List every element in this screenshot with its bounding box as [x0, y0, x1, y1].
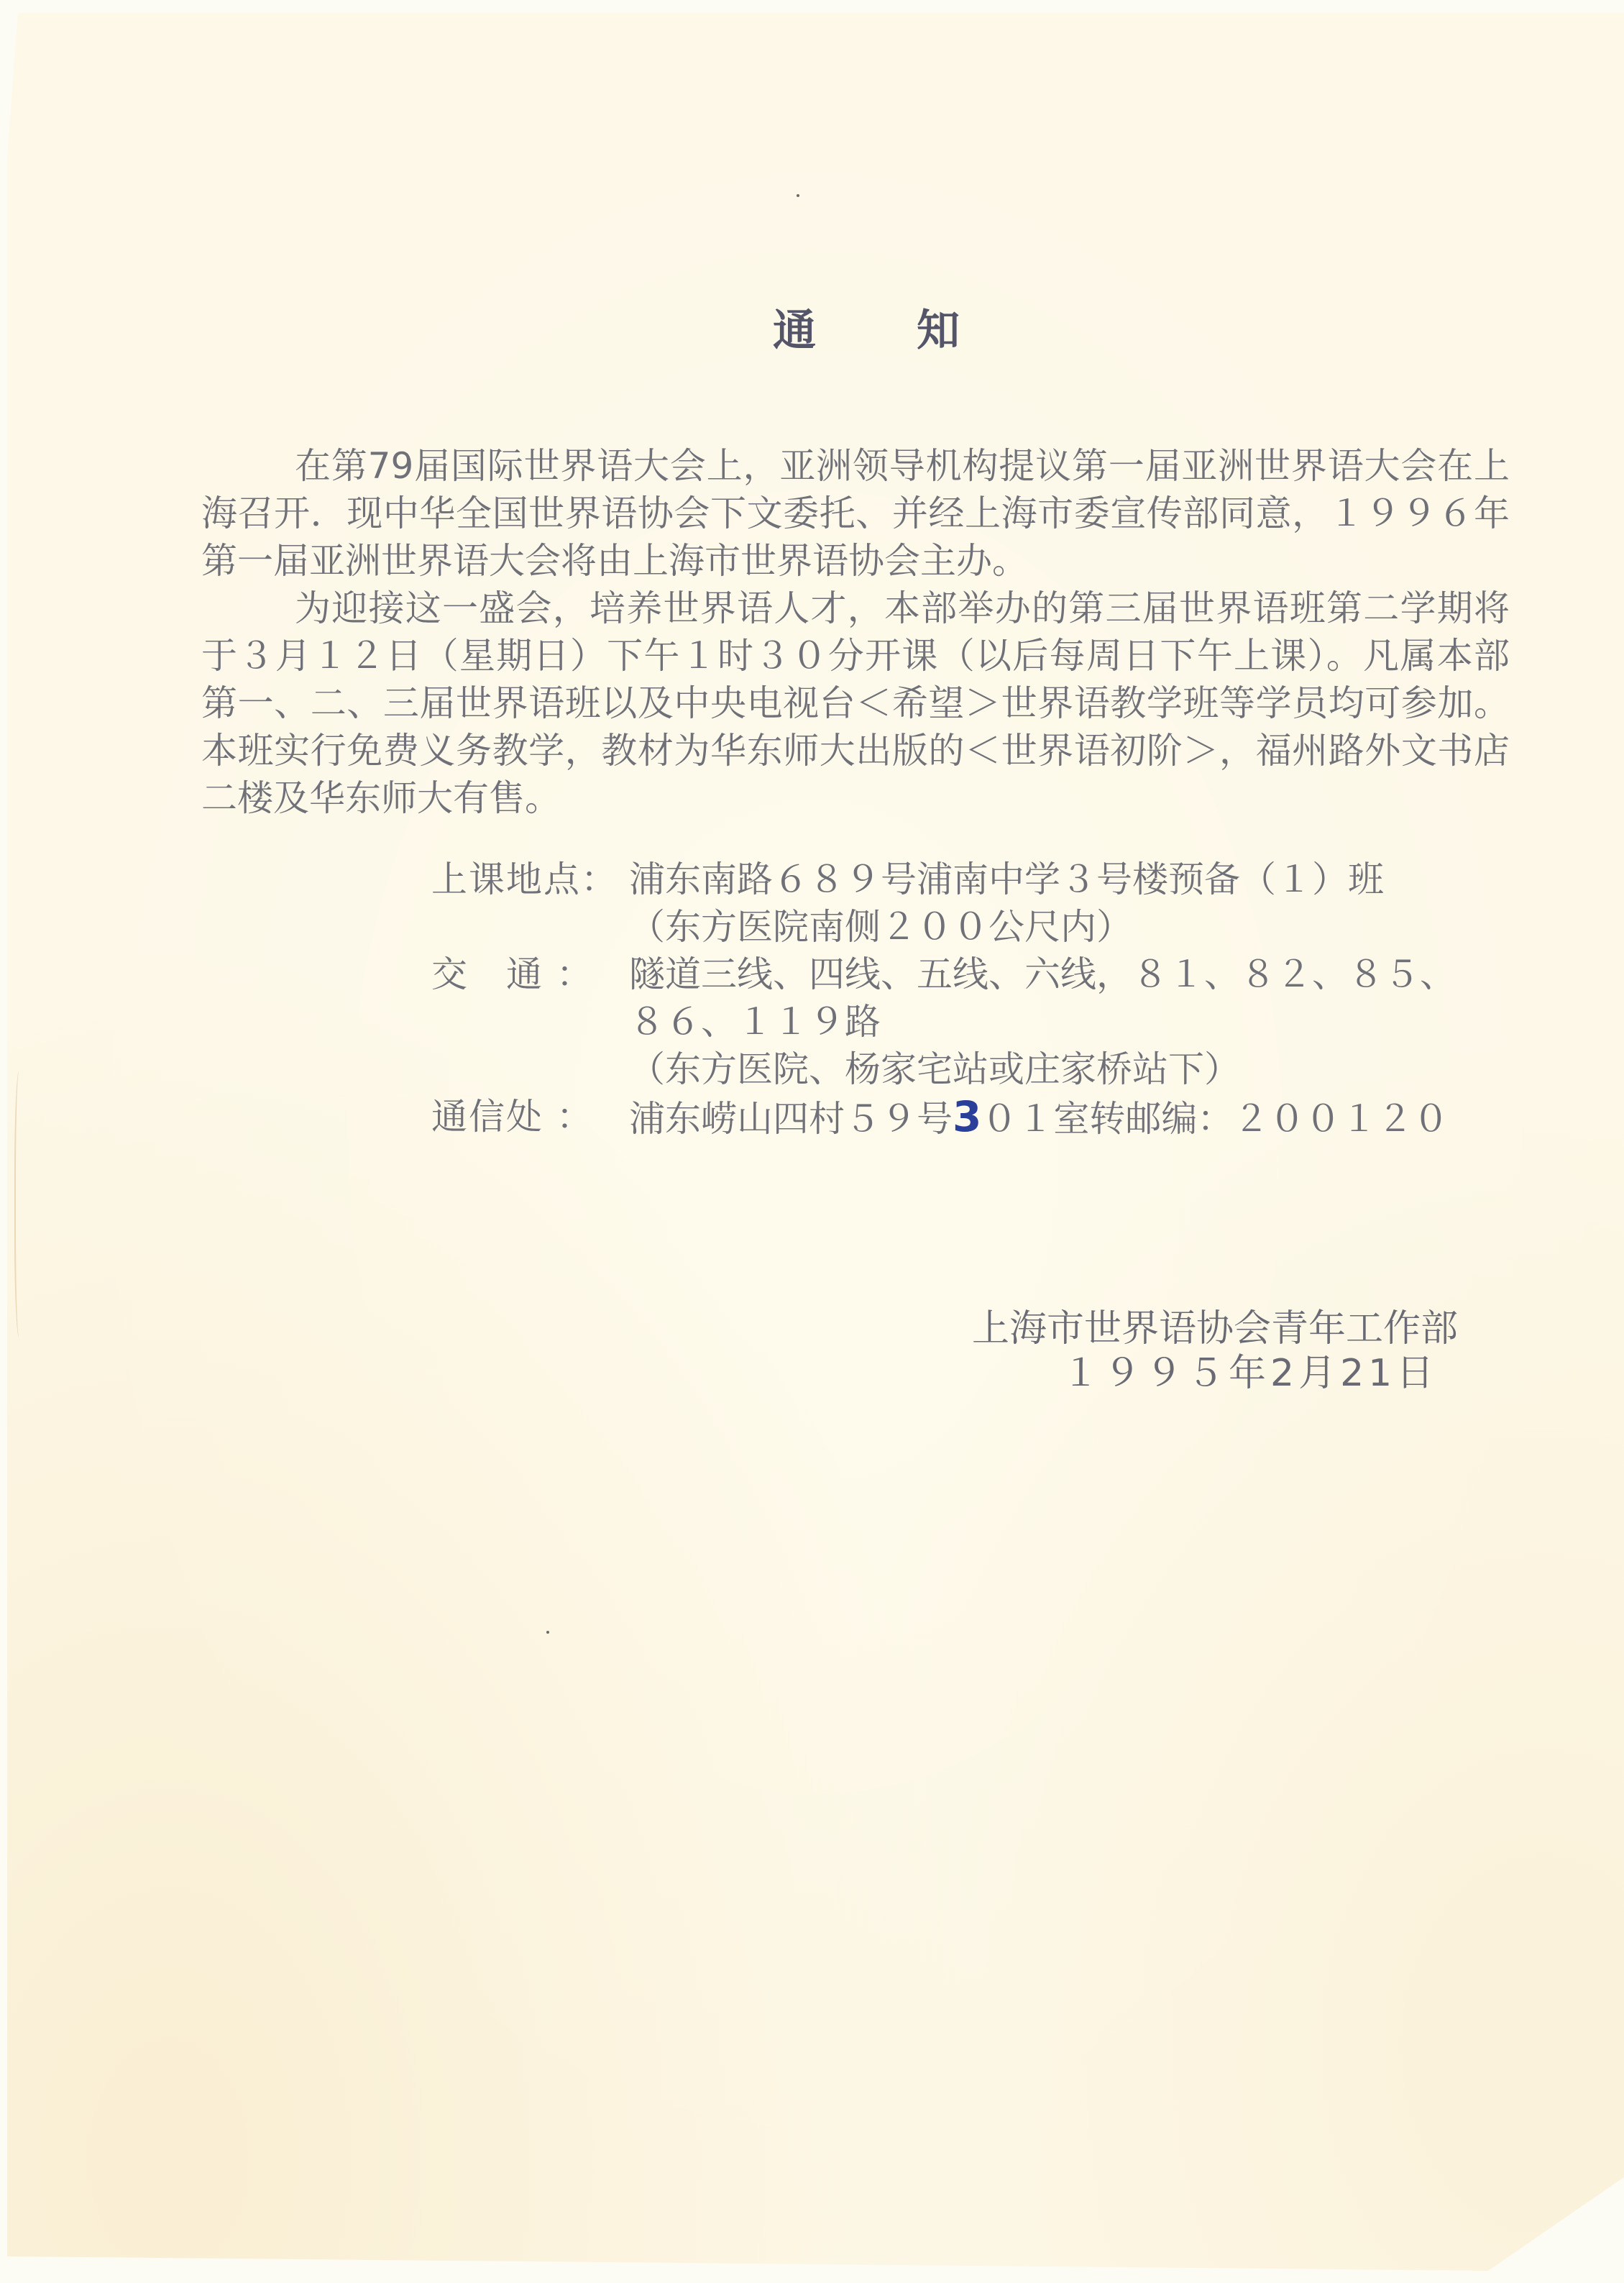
- ink-speck: [546, 1631, 549, 1634]
- paragraph-2: 为迎接这一盛会，培养世界语人才，本部举办的第三届世界语班第二学期将于３月１２日（…: [201, 585, 1510, 822]
- transport-label: 交 通 ：: [431, 951, 629, 998]
- title-char-2: 知: [917, 296, 960, 358]
- paragraph-2-text: 为迎接这一盛会，培养世界语人才，本部举办的第三届世界语班第二学期将于３月１２日（…: [201, 585, 1510, 822]
- paragraph-1-text: 在第79届国际世界语大会上，亚洲领导机构提议第一届亚洲世界语大会在上海召开．现中…: [201, 442, 1510, 585]
- mailing-address-after: ０１室转邮编：２００１２０: [981, 1098, 1449, 1140]
- ink-speck: [797, 194, 799, 197]
- transport-values: 隧道三线、四线、五线、六线，８１、８２、８５、 ８６、１１９路 （东方医院、杨家…: [629, 951, 1456, 1093]
- class-info-block: 上课地点： 浦东南路６８９号浦南中学３号楼预备（１）班 （东方医院南侧２００公尺…: [431, 856, 1456, 1143]
- notice-title: 通知: [773, 296, 960, 358]
- location-line-2: （东方医院南侧２００公尺内）: [629, 903, 1456, 951]
- mailing-values: 浦东崂山四村５９号3０１室转邮编：２００１２０: [629, 1093, 1456, 1143]
- location-row: 上课地点： 浦东南路６８９号浦南中学３号楼预备（１）班 （东方医院南侧２００公尺…: [431, 856, 1456, 951]
- transport-line-1: 隧道三线、四线、五线、六线，８１、８２、８５、: [629, 951, 1456, 998]
- paper-crease: [14, 1071, 26, 1337]
- location-line-1: 浦东南路６８９号浦南中学３号楼预备（１）班: [629, 856, 1456, 903]
- mailing-line: 浦东崂山四村５９号3０１室转邮编：２００１２０: [629, 1093, 1456, 1143]
- transport-line-2: ８６、１１９路: [629, 998, 1456, 1046]
- title-char-1: 通: [773, 296, 816, 358]
- handwritten-digit: 3: [953, 1092, 981, 1141]
- mailing-address-before: 浦东崂山四村５９号: [629, 1098, 953, 1140]
- mailing-row: 通信处 ： 浦东崂山四村５９号3０１室转邮编：２００１２０: [431, 1093, 1456, 1143]
- transport-line-3: （东方医院、杨家宅站或庄家桥站下）: [629, 1046, 1456, 1093]
- paragraph-1: 在第79届国际世界语大会上，亚洲领导机构提议第一届亚洲世界语大会在上海召开．现中…: [201, 442, 1510, 585]
- signature-organization: 上海市世界语协会青年工作部: [972, 1307, 1458, 1351]
- location-values: 浦东南路６８９号浦南中学３号楼预备（１）班 （东方医院南侧２００公尺内）: [629, 856, 1456, 951]
- signature-block: 上海市世界语协会青年工作部 １９９５年2月21日: [972, 1307, 1458, 1396]
- mailing-label: 通信处 ：: [431, 1093, 629, 1140]
- signature-date: １９９５年2月21日: [972, 1351, 1458, 1396]
- location-label: 上课地点：: [431, 856, 629, 903]
- transport-row: 交 通 ： 隧道三线、四线、五线、六线，８１、８２、８５、 ８６、１１９路 （东…: [431, 951, 1456, 1093]
